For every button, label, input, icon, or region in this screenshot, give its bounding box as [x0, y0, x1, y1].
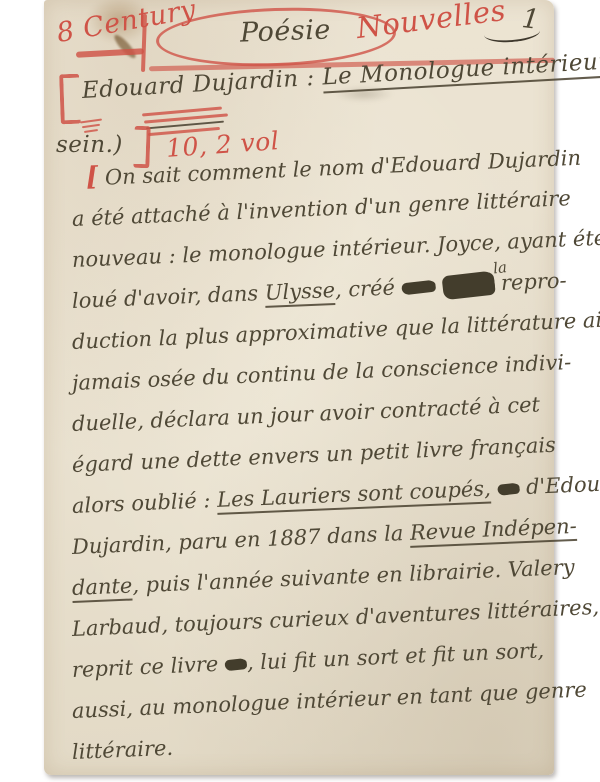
crossed-out-word	[497, 483, 520, 496]
underlined-title-dante: dante	[71, 573, 132, 603]
crossed-out-word: la	[441, 271, 495, 301]
red-paragraph-bracket: [	[85, 162, 99, 192]
heading-continuation: sein.)	[56, 132, 123, 158]
underlined-title-ulysse: Ulysse	[264, 278, 335, 308]
manuscript-page: 8 Century Poésie Nouvelles 1 Edouard Duj…	[44, 0, 554, 775]
red-scribble-mark	[80, 118, 102, 123]
red-scribble-mark	[82, 124, 100, 128]
underlined-title-revue: Revue Indépen-	[409, 514, 577, 548]
manuscript-body: [ On sait comment le nom d'Edouard Dujar…	[72, 158, 548, 773]
red-bracket-open	[59, 74, 81, 125]
crossed-out-word	[224, 658, 247, 671]
photo-background: 8 Century Poésie Nouvelles 1 Edouard Duj…	[0, 0, 600, 782]
genre-label: Nouvelles	[354, 0, 507, 45]
heading-author: Edouard Dujardin :	[81, 65, 323, 104]
underlined-title-lauriers: Les Lauriers sont coupés,	[217, 476, 492, 514]
crossed-out-genre-label: Poésie	[239, 14, 331, 48]
heading-work-title-cont: sein.)	[56, 132, 123, 158]
crossed-out-word	[401, 280, 436, 296]
red-vertical-mark	[141, 14, 147, 72]
page-number: 1	[520, 3, 541, 36]
